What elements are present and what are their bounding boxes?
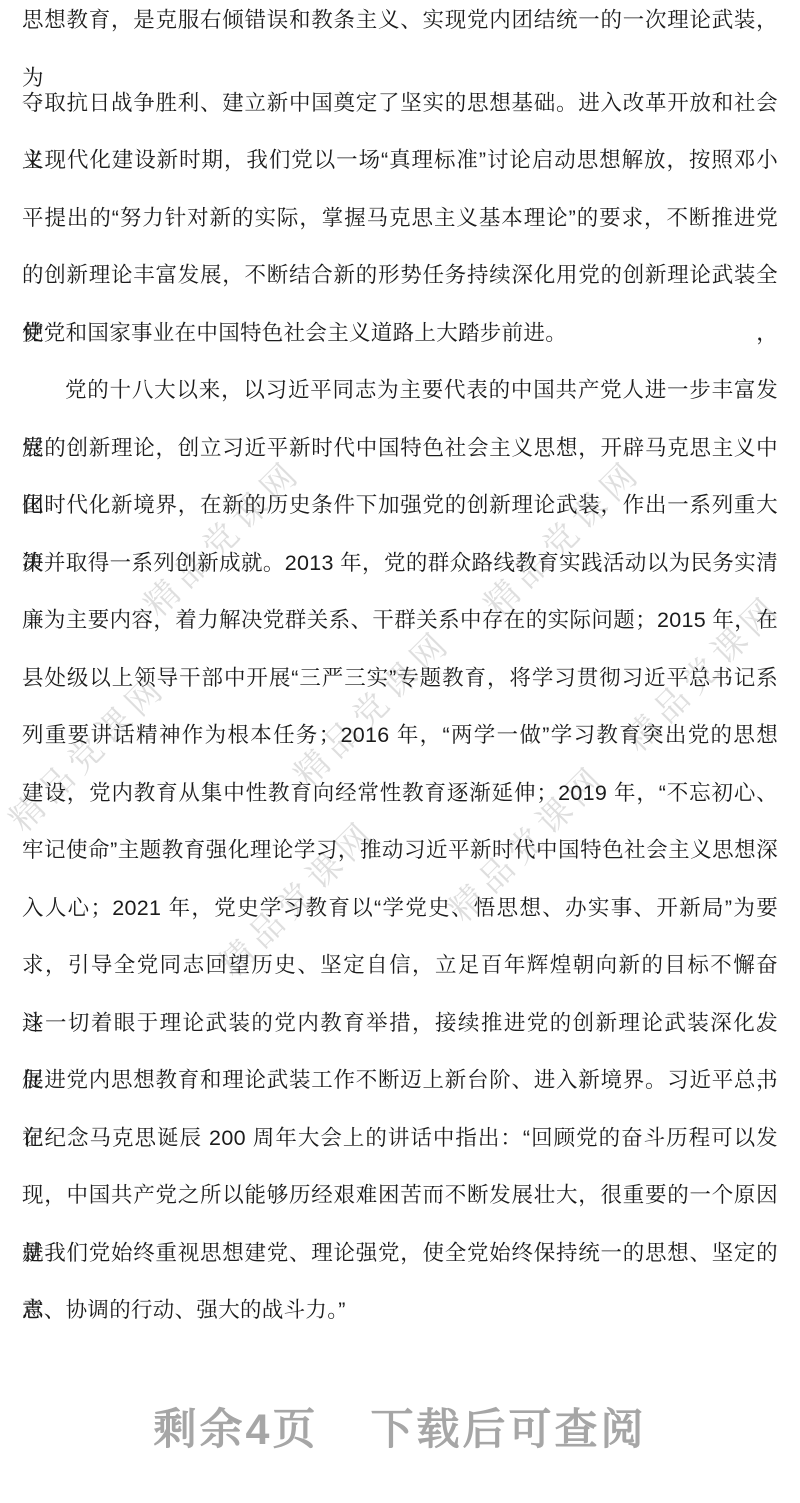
text-line: 建设，党内教育从集中性教育向经常性教育逐渐延伸；2019 年，“不忘初心、 — [22, 765, 778, 823]
text-line: 是我们党始终重视思想建党、理论强党，使全党始终保持统一的思想、坚定的意 — [22, 1225, 778, 1283]
text-line: 在纪念马克思诞辰 200 周年大会上的讲话中指出：“回顾党的奋斗历程可以发 — [22, 1110, 778, 1168]
text-line: 列重要讲话精神作为根本任务；2016 年，“两学一做”学习教育突出党的思想 — [22, 707, 778, 765]
text-line: 义现代化建设新时期，我们党以一场“真理标准”讨论启动思想解放，按照邓小 — [22, 132, 778, 190]
text-line: 入人心；2021 年，党史学习教育以“学党史、悟思想、办实事、开新局”为要 — [22, 880, 778, 938]
text-line: 策并取得一系列创新成就。2013 年，党的群众路线教育实践活动以为民务实清 — [22, 535, 778, 593]
text-line: 牢记使命”主题教育强化理论学习，推动习近平新时代中国特色社会主义思想深 — [22, 822, 778, 880]
document-body: 思想教育，是克服右倾错误和教条主义、实现党内团结统一的一次理论武装，为夺取抗日战… — [0, 0, 800, 1340]
download-hint: 下载后可查阅 — [370, 1396, 646, 1457]
text-line: 化时代化新境界，在新的历史条件下加强党的创新理论武装，作出一系列重大决 — [22, 477, 778, 535]
text-line: 廉为主要内容，着力解决党群关系、干群关系中存在的实际问题；2015 年，在 — [22, 592, 778, 650]
document-page: 精品党课网精品党课网精品党课网精品党课网精品党课网精品党课网精品党课网 思想教育… — [0, 0, 800, 1503]
text-line: 党的创新理论，创立习近平新时代中国特色社会主义思想，开辟马克思主义中国 — [22, 420, 778, 478]
remaining-pages-notice: 剩余4页 下载后可查阅 — [0, 1396, 800, 1457]
text-line: 志、协调的行动、强大的战斗力。” — [22, 1282, 778, 1340]
remaining-pages-count: 剩余4页 — [154, 1396, 319, 1457]
text-line: 这一切着眼于理论武装的党内教育举措，接续推进党的创新理论武装深化发展， — [22, 995, 778, 1053]
text-line: 夺取抗日战争胜利、建立新中国奠定了坚实的思想基础。进入改革开放和社会主 — [22, 75, 778, 133]
text-line: 思想教育，是克服右倾错误和教条主义、实现党内团结统一的一次理论武装，为 — [22, 0, 778, 50]
text-line: 县处级以上领导干部中开展“三严三实”专题教育，将学习贯彻习近平总书记系 — [22, 650, 778, 708]
text-line: 党的十八大以来，以习近平同志为主要代表的中国共产党人进一步丰富发展 — [22, 362, 778, 420]
text-line: 促进党内思想教育和理论武装工作不断迈上新台阶、进入新境界。习近平总书记 — [22, 1052, 778, 1110]
text-line: 平提出的“努力针对新的实际，掌握马克思主义基本理论”的要求，不断推进党 — [22, 190, 778, 248]
text-line: 现，中国共产党之所以能够历经艰难困苦而不断发展壮大，很重要的一个原因就 — [22, 1167, 778, 1225]
text-line: 求，引导全党同志回望历史、坚定自信，立足百年辉煌朝向新的目标不懈奋斗。 — [22, 937, 778, 995]
text-line: 的创新理论丰富发展，不断结合新的形势任务持续深化用党的创新理论武装全党， — [22, 247, 778, 305]
